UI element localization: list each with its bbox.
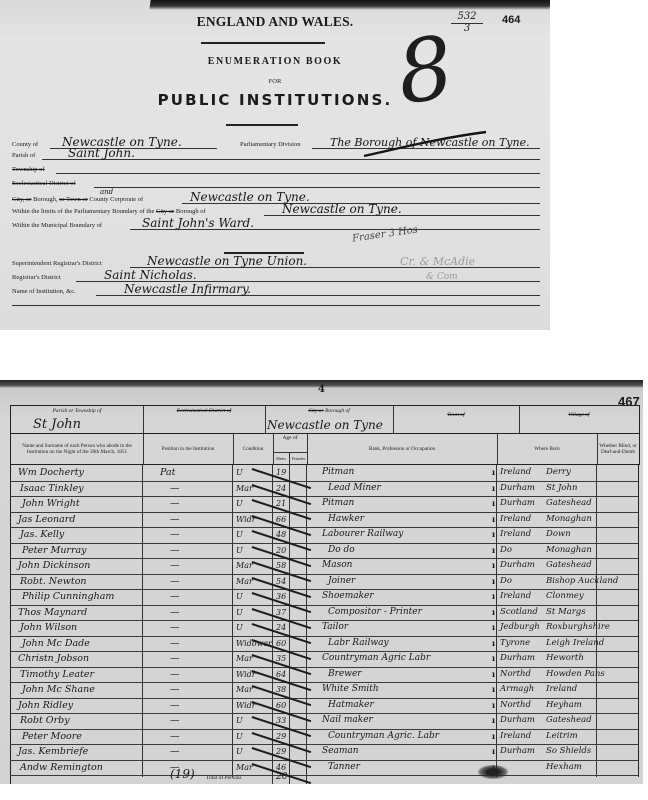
field-rule [94, 187, 540, 188]
cell-occupation: Labourer Railway [322, 527, 403, 543]
tally-mark: ı [492, 744, 495, 760]
cell-born-place: Clonmey [546, 589, 584, 605]
cell-occupation: Labr Railway [328, 636, 389, 652]
struck-text: City or [156, 208, 174, 215]
cell-born-place: Heworth [546, 651, 584, 667]
cell-occupation: Joiner [328, 574, 355, 590]
cell-position: — [170, 496, 180, 512]
cell-occupation: Tanner [328, 760, 360, 776]
cell-position: — [170, 713, 180, 729]
cell-occupation: Pitman [322, 465, 354, 481]
field-label: Township of [12, 166, 45, 173]
struck-text: or Town or [59, 196, 88, 203]
total-label: Total of Persons [206, 775, 242, 781]
cell-born-county: Do [500, 574, 512, 590]
tally-mark: ı [492, 574, 495, 590]
tally-mark: ı [492, 481, 495, 497]
field-parliamentary-boundary: Within the limits of the Parliamentary B… [12, 204, 540, 216]
cell-position: — [170, 744, 180, 760]
cell-occupation: Mason [322, 558, 352, 574]
field-label: City, or Borough, or Town or County Corp… [12, 196, 143, 203]
cell-born-county: Ireland [500, 729, 531, 745]
field-label: County of [12, 141, 38, 148]
cell-born-county: Armagh [500, 682, 534, 698]
title-rule [201, 42, 325, 44]
field-label: Within the Municipal Boundary of [12, 222, 102, 229]
table-row: Robt Orby—U33Nail makerDurhamGatesheadı [10, 713, 638, 730]
cell-born-county: Durham [500, 558, 535, 574]
cell-position: — [170, 651, 180, 667]
cell-born-place: Gateshead [546, 713, 592, 729]
cell-occupation: Pitman [322, 496, 354, 512]
cell-born-county: Ireland [500, 527, 531, 543]
tally-mark: ı [492, 682, 495, 698]
tally-mark: ı [492, 512, 495, 528]
table-row: Andw Remington—Mar46TannerHexhamı [10, 760, 638, 777]
cell-position: — [170, 667, 180, 683]
column-headers: Name and Surname of each Person who abod… [10, 433, 640, 465]
label-text: Borough, [31, 196, 59, 203]
location-value-borough: Newcastle on Tyne [267, 418, 383, 432]
cell-position: — [170, 512, 180, 528]
cell-born-place: Ireland [546, 682, 577, 698]
page-shadow [149, 0, 550, 10]
cell-name: Jas Leonard [18, 512, 75, 528]
cell-born-county: Ireland [500, 512, 531, 528]
cell-born-place: Derry [546, 465, 571, 481]
position-total: (19) [170, 767, 195, 781]
header-position: Position in the Institution [143, 433, 234, 464]
struck-text: City, or [12, 196, 31, 203]
field-township: Township of [12, 162, 540, 174]
cell-born-county: Tyrone [500, 636, 530, 652]
cell-position: — [170, 729, 180, 745]
table-row: John Wright—U21PitmanDurhamGatesheadı [10, 496, 638, 513]
cell-name: Thos Maynard [18, 605, 87, 621]
tally-mark: ı [492, 543, 495, 559]
field-value-institution-name: Newcastle Infirmary. [124, 282, 251, 296]
cell-occupation: Compositor - Printer [328, 605, 422, 621]
field-value-registrar-district: Saint Nicholas. [104, 268, 197, 282]
field-label: Parliamentary Division [240, 141, 300, 148]
cell-born-county: Northd [500, 698, 531, 714]
cell-born-place: Bishop Auckland [546, 574, 618, 590]
cell-position: — [170, 620, 180, 636]
cell-condition: Widr [236, 667, 256, 683]
cell-condition: Mar [236, 682, 253, 698]
field-label: Registrar's District [12, 274, 61, 281]
cell-name: Andw Remington [20, 760, 103, 776]
location-village: Village of [519, 406, 639, 433]
cell-condition: Widr [236, 512, 256, 528]
tally-mark: ı [492, 636, 495, 652]
cell-born-county: Durham [500, 481, 535, 497]
cell-position: — [170, 682, 180, 698]
table-row: John Mc Shane—Mar38White SmithArmaghIrel… [10, 682, 638, 699]
table-row: Peter Moore—U29Countryman Agric. LabrIre… [10, 729, 638, 746]
header-name: Name and Surname of each Person who abod… [11, 433, 144, 464]
tally-mark: ı [492, 496, 495, 512]
cell-born-place: Hexham [546, 760, 582, 776]
field-value-municipal-boundary: Saint John's Ward. [142, 216, 254, 230]
cell-name: Isaac Tinkley [20, 481, 84, 497]
header-blind-deaf: Whether Blind, or Deaf-and-Dumb [597, 433, 639, 464]
table-row: John Dickinson—Mar58MasonDurhamGateshead… [10, 558, 638, 575]
table-row: Jas. Kelly—U48Labourer RailwayIrelandDow… [10, 527, 638, 544]
table-row: Thos Maynard—U37Compositor - PrinterScot… [10, 605, 638, 622]
title-england-wales: ENGLAND AND WALES. [0, 14, 550, 30]
cell-name: Peter Murray [22, 543, 87, 559]
tally-mark: ı [492, 620, 495, 636]
cell-condition: Mar [236, 651, 253, 667]
cell-condition: U [236, 527, 243, 543]
field-ecclesiastical-district: Ecclesiastical District of [12, 176, 540, 188]
tally-mark: ı [492, 605, 495, 621]
field-value-superintendent-district: Newcastle on Tyne Union. [147, 254, 307, 268]
cell-position: — [170, 527, 180, 543]
location-value-parish: St John [33, 417, 81, 432]
cell-condition: U [236, 496, 243, 512]
cell-occupation: Nail maker [322, 713, 373, 729]
field-borough: City, or Borough, or Town or County Corp… [12, 192, 540, 204]
field-institution-name: Name of Institution, &c. Newcastle Infir… [12, 284, 540, 296]
cell-condition: U [236, 543, 243, 559]
cell-name: Christn Jobson [18, 651, 89, 667]
cell-born-place: Roxburghshire [546, 620, 610, 636]
cell-born-place: Monaghan [546, 512, 592, 528]
cell-born-county: Durham [500, 744, 535, 760]
field-registrar-district: Registrar's District Saint Nicholas. & C… [12, 270, 540, 282]
tally-mark: ı [492, 729, 495, 745]
cell-born-county: Northd [500, 667, 531, 683]
location-ecclesiastical: Ecclesiastical District of [143, 406, 266, 433]
header-condition: Condition [233, 433, 274, 464]
title-rule-2 [226, 124, 298, 126]
tally-mark: ı [492, 527, 495, 543]
table-row: John Wilson—U24TailorJedburghRoxburghshi… [10, 620, 638, 637]
location-label: City or Borough of [265, 408, 393, 414]
field-label: Within the limits of the Parliamentary B… [12, 208, 206, 215]
cell-born-county: Ireland [500, 465, 531, 481]
cell-condition: U [236, 713, 243, 729]
cell-occupation: Countryman Agric Labr [322, 651, 430, 667]
cell-position: — [170, 636, 180, 652]
cell-condition: U [236, 620, 243, 636]
cell-position: — [170, 589, 180, 605]
table-row: Timothy Leater—Widr64BrewerNorthdHowden … [10, 667, 638, 684]
cell-occupation: Hawker [328, 512, 364, 528]
location-parish: Parish or Township of St John [11, 406, 144, 433]
field-municipal-boundary: Within the Municipal Boundary of Saint J… [12, 218, 540, 230]
location-label: Village of [519, 412, 639, 418]
cell-born-place: So Shields [546, 744, 591, 760]
field-value-parish: Saint John. [68, 146, 135, 160]
location-label: Town of [393, 412, 519, 418]
cell-name: John Dickinson [18, 558, 90, 574]
location-town: Town of [393, 406, 520, 433]
cell-condition: U [236, 605, 243, 621]
cell-occupation: Tailor [322, 620, 348, 636]
table-row: John Ridley—Widr60HatmakerNorthdHeyhamı [10, 698, 638, 715]
cell-born-county: Durham [500, 651, 535, 667]
cell-name: Peter Moore [22, 729, 82, 745]
cell-name: John Ridley [18, 698, 73, 714]
cell-born-place: Howden Pans [546, 667, 605, 683]
cell-position: Pat [160, 465, 175, 481]
cell-born-place: Down [546, 527, 571, 543]
top-marker: 4 [318, 384, 325, 395]
tally-mark: ı [492, 589, 495, 605]
cell-occupation: Do do [328, 543, 355, 559]
cell-condition: U [236, 744, 243, 760]
cell-name: Jas. Kembriefe [18, 744, 88, 760]
cell-born-place: Gateshead [546, 496, 592, 512]
cell-born-county: Do [500, 543, 512, 559]
label-text: Borough of [174, 208, 205, 215]
ink-stain [478, 765, 508, 779]
cell-name: Jas. Kelly [20, 527, 64, 543]
cell-condition: U [236, 729, 243, 745]
cell-name: John Wright [22, 496, 80, 512]
cell-born-place: Leitrim [546, 729, 578, 745]
cell-position: — [170, 481, 180, 497]
title-public-institutions: PUBLIC INSTITUTIONS. [0, 91, 550, 109]
inserted-and: and [100, 188, 113, 196]
tally-mark: ı [492, 465, 495, 481]
table-row: Peter Murray—U20Do doDoMonaghanı [10, 543, 638, 560]
field-parish: Parish of Saint John. [12, 148, 540, 160]
table-row: Wm DochertyPatU19PitmanIrelandDerryı [10, 465, 638, 482]
cell-condition: U [236, 589, 243, 605]
faint-annotation: Cr. & McAdie [400, 255, 475, 268]
header-age-females: Females [290, 452, 307, 465]
cell-name: John Mc Dade [22, 636, 90, 652]
total-value: 20 [276, 772, 287, 782]
field-label: Superintendent Registrar's District [12, 260, 102, 267]
schedule-page: 4 467 Parish or Township of St John Eccl… [0, 380, 643, 784]
cell-condition: Widr [236, 698, 256, 714]
label-text: County Corporate of [88, 196, 143, 203]
location-band: Parish or Township of St John Ecclesiast… [10, 405, 640, 434]
cell-occupation: Brewer [328, 667, 362, 683]
cell-condition: Mar [236, 574, 253, 590]
cell-born-place: Heyham [546, 698, 582, 714]
field-label: Parish of [12, 152, 35, 159]
total-row: (19) Total of Persons 20 [10, 775, 638, 784]
table-row: Philip Cunningham—U36ShoemakerIrelandClo… [10, 589, 638, 606]
cell-born-county: Jedburgh [500, 620, 540, 636]
blank-rule [12, 305, 540, 306]
field-value-parliamentary-boundary: Newcastle on Tyne. [282, 202, 402, 216]
header-age-males: Males [273, 452, 290, 465]
cell-name: John Mc Shane [22, 682, 95, 698]
cell-position: — [170, 698, 180, 714]
column-line [638, 465, 639, 777]
signature: Fraser 3 Hos [352, 224, 419, 244]
cell-born-place: Gateshead [546, 558, 592, 574]
cell-name: Philip Cunningham [22, 589, 114, 605]
cell-born-county: Durham [500, 713, 535, 729]
cell-born-place: St Margs [546, 605, 586, 621]
field-label: Name of Institution, &c. [12, 288, 76, 295]
cell-born-county: Scotland [500, 605, 538, 621]
table-row: Jas Leonard—Widr66HawkerIrelandMonaghanı [10, 512, 638, 529]
cell-condition: Mar [236, 481, 253, 497]
cell-position: — [170, 543, 180, 559]
cell-name: John Wilson [20, 620, 77, 636]
tally-mark: ı [492, 651, 495, 667]
title-for: FOR [0, 78, 550, 85]
cell-condition: U [236, 465, 243, 481]
table-row: Isaac Tinkley—Mar24Lead MinerDurhamSt Jo… [10, 481, 638, 498]
cell-born-place: St John [546, 481, 577, 497]
table-row: Jas. Kembriefe—U29SeamanDurhamSo Shields… [10, 744, 638, 761]
table-row: John Mc Dade—Widower60Labr RailwayTyrone… [10, 636, 638, 653]
cell-occupation: Lead Miner [328, 481, 381, 497]
cell-occupation: White Smith [322, 682, 379, 698]
cell-name: Timothy Leater [20, 667, 94, 683]
field-rule [56, 173, 540, 174]
cell-occupation: Seaman [322, 744, 359, 760]
cell-occupation: Countryman Agric. Labr [328, 729, 439, 745]
location-borough: City or Borough of Newcastle on Tyne [265, 406, 394, 433]
tally-mark: ı [492, 558, 495, 574]
table-row: Christn Jobson—Mar35Countryman Agric Lab… [10, 651, 638, 668]
cell-occupation: Hatmaker [328, 698, 374, 714]
faint-annotation: & Com [426, 272, 458, 282]
tally-mark: ı [492, 698, 495, 714]
cell-born-county: Durham [500, 496, 535, 512]
title-enumeration-book: ENUMERATION BOOK [0, 56, 550, 67]
cell-name: Wm Docherty [18, 465, 84, 481]
cell-position: — [170, 558, 180, 574]
tally-mark: ı [492, 667, 495, 683]
cell-condition: Mar [236, 558, 253, 574]
label-text: Within the limits of the Parliamentary B… [12, 208, 156, 215]
location-label: Parish or Township of [11, 408, 143, 414]
cell-position: — [170, 605, 180, 621]
cell-position: — [170, 574, 180, 590]
cell-occupation: Shoemaker [322, 589, 374, 605]
cell-condition: Mar [236, 760, 253, 776]
header-where-born: Where Born [497, 433, 598, 464]
header-age-label: Age of [273, 435, 307, 441]
cell-born-place: Leigh Ireland [546, 636, 604, 652]
cover-page: 532 3 464 8 ENGLAND AND WALES. ENUMERATI… [0, 0, 550, 330]
header-occupation: Rank, Profession or Occupation [307, 433, 498, 464]
location-label: Ecclesiastical District of [143, 408, 265, 414]
cell-born-county: Ireland [500, 589, 531, 605]
field-label: Ecclesiastical District of [12, 180, 76, 187]
cell-name: Robt. Newton [20, 574, 87, 590]
table-row: Robt. Newton—Mar54JoinerDoBishop Aucklan… [10, 574, 638, 591]
cell-name: Robt Orby [20, 713, 70, 729]
tally-mark: ı [492, 713, 495, 729]
cell-born-place: Monaghan [546, 543, 592, 559]
field-superintendent-district: Superintendent Registrar's District Newc… [12, 256, 540, 268]
header-age: Age of Males Females [273, 433, 308, 464]
